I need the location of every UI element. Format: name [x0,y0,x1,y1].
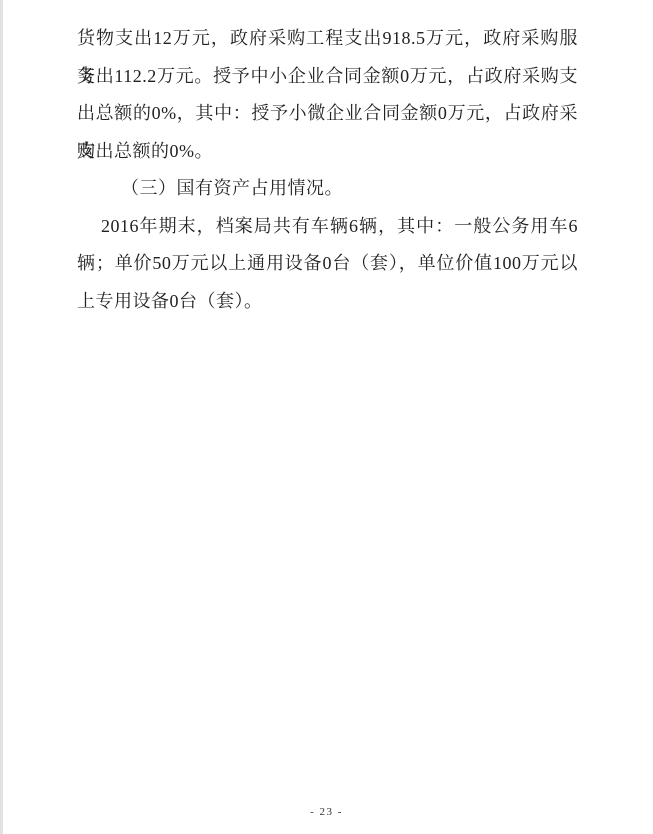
text-line: 支出总额的0%。 [77,133,578,171]
text-block: 货物支出12万元，政府采购工程支出918.5万元，政府采购服务支出112.2万元… [77,20,578,321]
text-line: （三）国有资产占用情况。 [77,170,578,208]
text-line: 货物支出12万元，政府采购工程支出918.5万元，政府采购服务 [77,20,578,58]
text-line: 2016年期末，档案局共有车辆6辆，其中：一般公务用车6 [77,208,578,246]
text-line: 辆；单价50万元以上通用设备0台（套），单位价值100万元以 [77,245,578,283]
text-line: 出总额的0%，其中：授予小微企业合同金额0万元，占政府采购 [77,95,578,133]
scan-edge-shadow [0,0,3,834]
page-number: - 23 - [0,806,653,818]
text-line: 上专用设备0台（套）。 [77,283,578,321]
text-line: 支出112.2万元。授予中小企业合同金额0万元，占政府采购支 [77,58,578,96]
document-page: 货物支出12万元，政府采购工程支出918.5万元，政府采购服务支出112.2万元… [0,0,653,834]
